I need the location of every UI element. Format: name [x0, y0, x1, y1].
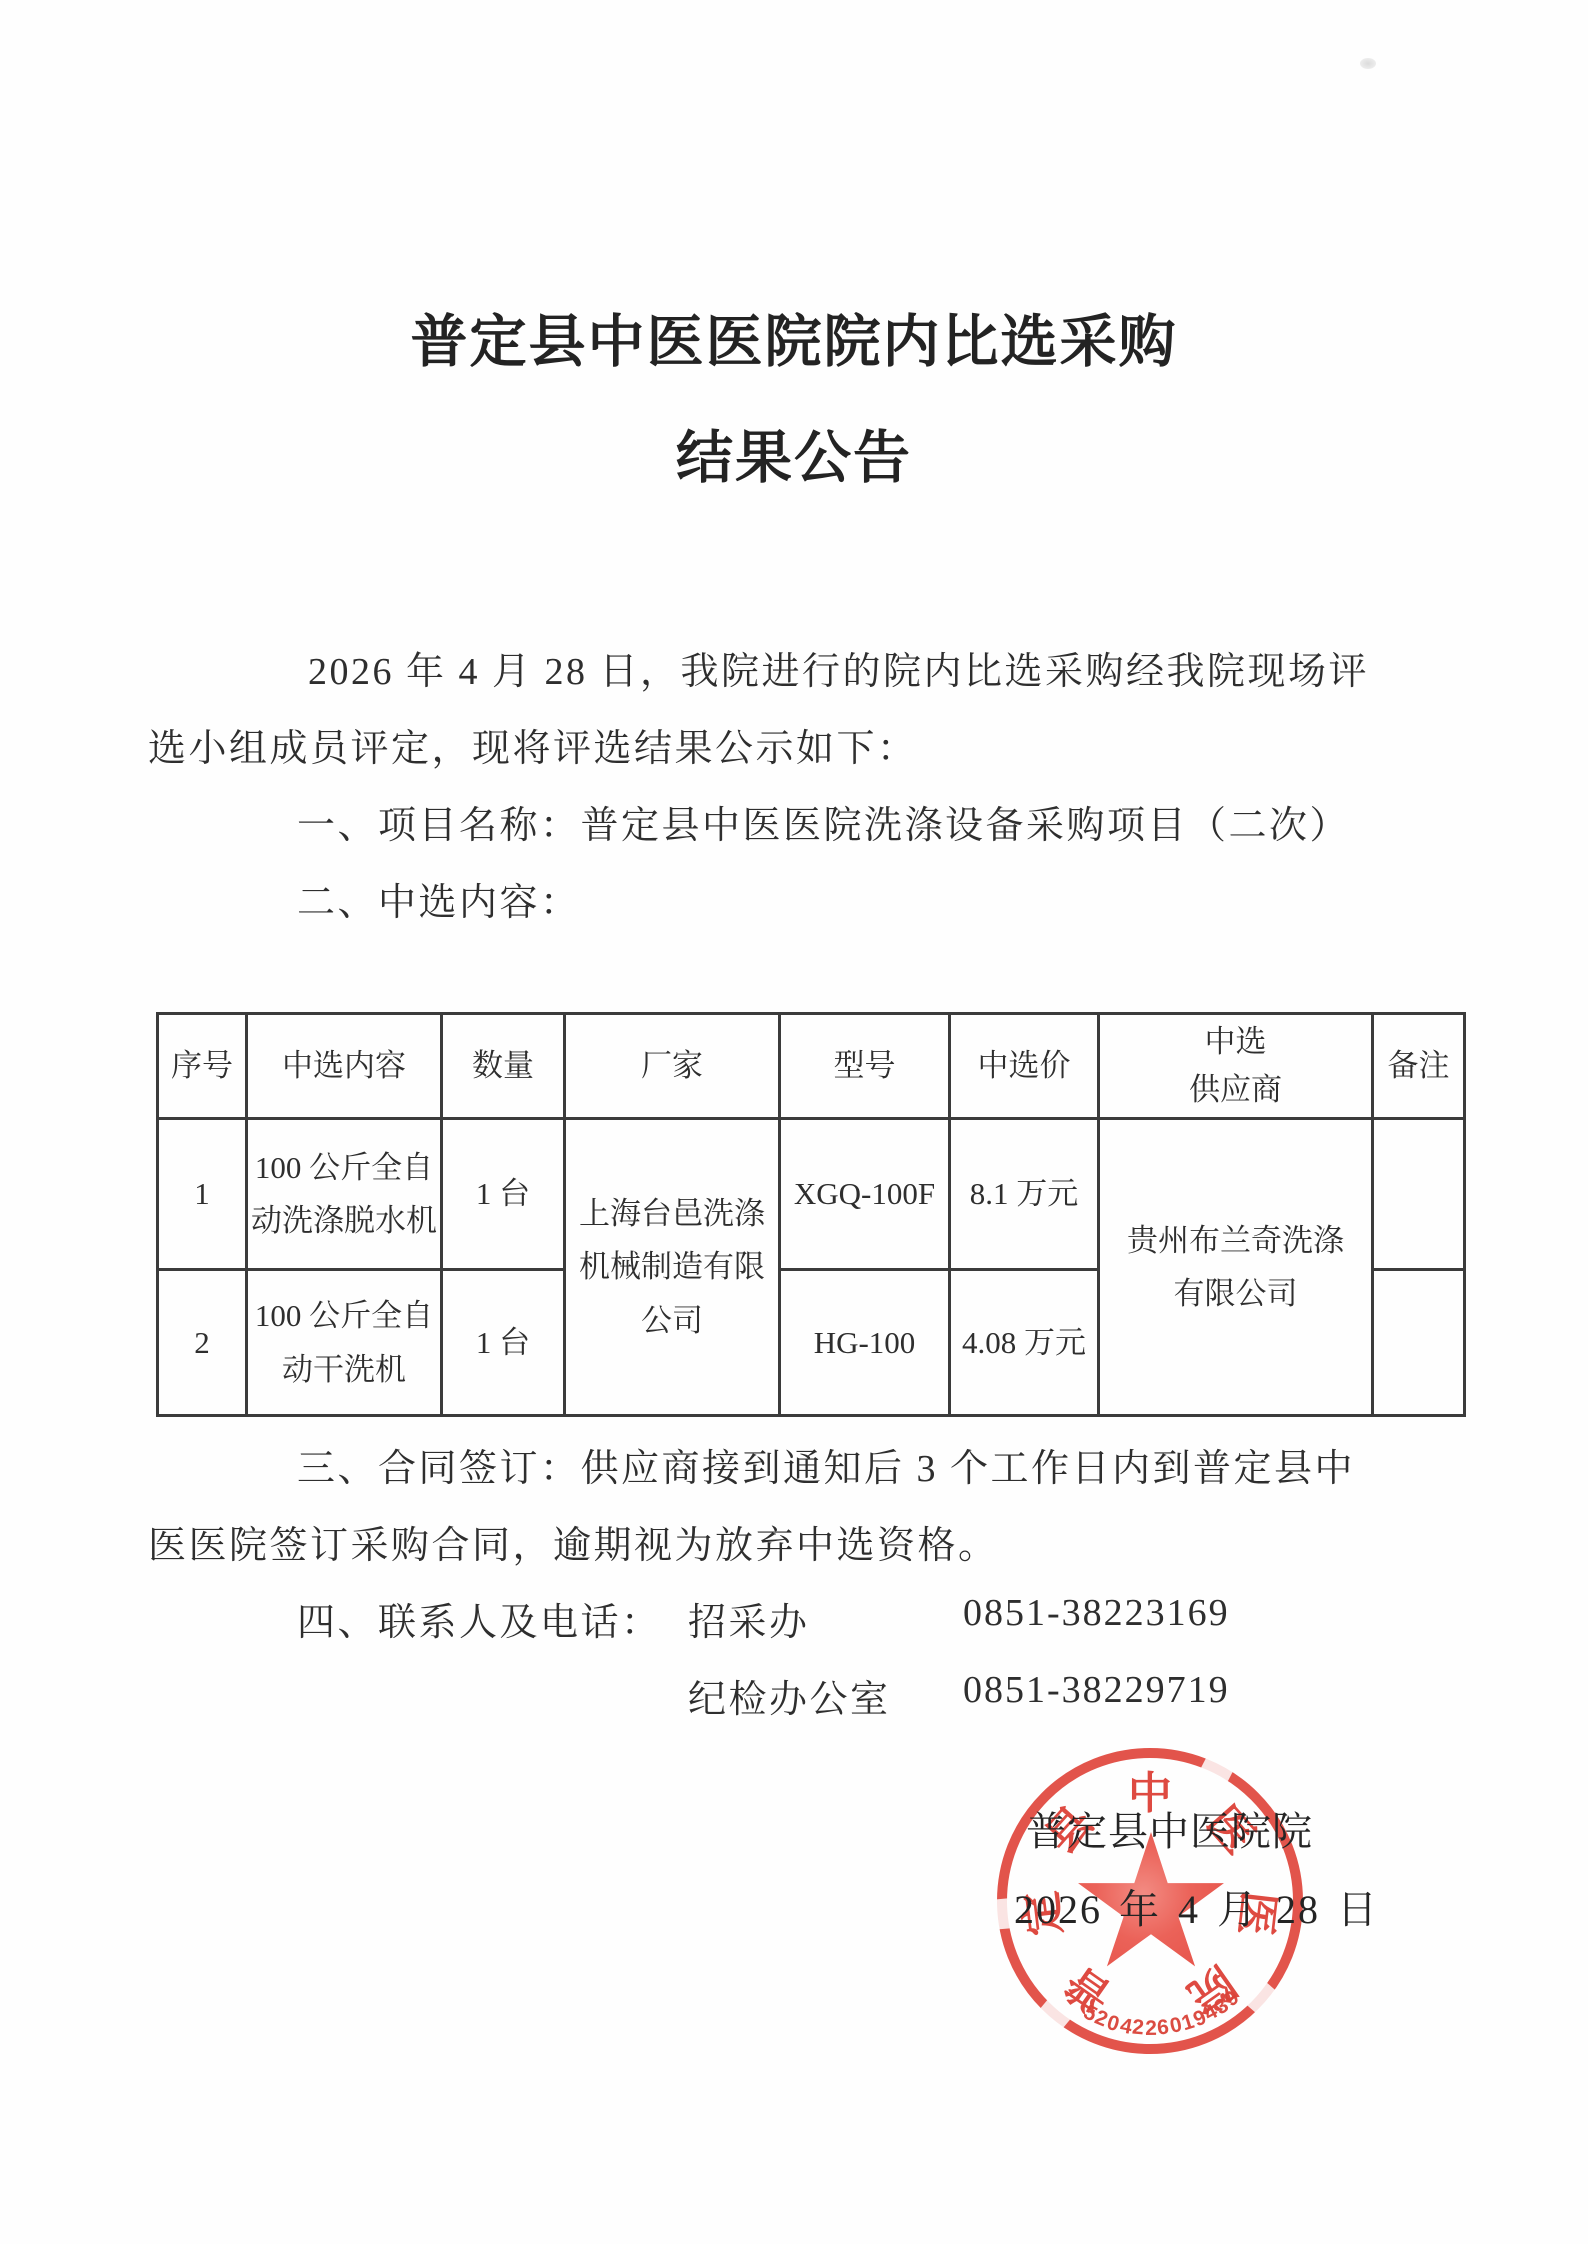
- document-title-line2: 结果公告: [0, 412, 1588, 494]
- intro-paragraph-line1: 2026 年 4 月 28 日，我院进行的院内比选采购经我院现场评: [308, 640, 1369, 695]
- header-no: 序号: [158, 1014, 247, 1119]
- contact1-name: 招采办: [688, 1591, 810, 1646]
- cell-maker-text: 上海台邑洗涤机械制造有限公司: [575, 1187, 770, 1347]
- header-remark: 备注: [1373, 1014, 1465, 1119]
- document-title-line1: 普定县中医医院院内比选采购: [0, 296, 1588, 378]
- cell-remark: [1373, 1119, 1465, 1270]
- header-supplier-line1: 中选: [1100, 1018, 1371, 1066]
- cell-price: 8.1 万元: [950, 1119, 1099, 1270]
- signoff-date: 2026 年 4 月 28 日: [1014, 1878, 1379, 1935]
- cell-qty: 1 台: [442, 1270, 565, 1416]
- item-contact-label: 四、联系人及电话：: [297, 1591, 662, 1646]
- cell-model: HG-100: [780, 1270, 950, 1416]
- signoff-organization: 普定县中医院院: [1026, 1800, 1313, 1857]
- selection-result-table: 序号 中选内容 数量 厂家 型号 中选价 中选 供应商 备注 1 100 公斤全…: [156, 1012, 1466, 1417]
- cell-content: 100 公斤全自动洗涤脱水机: [247, 1119, 442, 1270]
- header-qty: 数量: [442, 1014, 565, 1119]
- header-content: 中选内容: [247, 1014, 442, 1119]
- cell-content-text: 100 公斤全自动干洗机: [248, 1289, 440, 1396]
- cell-no: 2: [158, 1270, 247, 1416]
- item-contract-line2: 医医院签订采购合同，逾期视为放弃中选资格。: [148, 1514, 999, 1569]
- cell-supplier-merged: 贵州布兰奇洗涤有限公司: [1099, 1119, 1373, 1416]
- header-maker: 厂家: [565, 1014, 780, 1119]
- cell-supplier-text: 贵州布兰奇洗涤有限公司: [1123, 1214, 1348, 1321]
- cell-model: XGQ-100F: [780, 1119, 950, 1270]
- header-price: 中选价: [950, 1014, 1099, 1119]
- intro-paragraph-line2: 选小组成员评定，现将评选结果公示如下：: [148, 717, 918, 772]
- cell-no: 1: [158, 1119, 247, 1270]
- item-selected-content-label: 二、中选内容：: [297, 871, 581, 926]
- cell-price: 4.08 万元: [950, 1270, 1099, 1416]
- scan-artifact-dot: [1360, 58, 1376, 69]
- contact2-phone: 0851-38229719: [963, 1668, 1230, 1712]
- item-contract-line1: 三、合同签订：供应商接到通知后 3 个工作日内到普定县中: [297, 1437, 1355, 1492]
- cell-content: 100 公斤全自动干洗机: [247, 1270, 442, 1416]
- seal-wear-gap: [995, 1898, 1010, 1929]
- item-project-name: 一、项目名称：普定县中医医院洗涤设备采购项目（二次）: [297, 794, 1350, 849]
- table-header-row: 序号 中选内容 数量 厂家 型号 中选价 中选 供应商 备注: [158, 1014, 1465, 1119]
- cell-content-text: 100 公斤全自动洗涤脱水机: [248, 1141, 440, 1248]
- header-supplier: 中选 供应商: [1099, 1014, 1373, 1119]
- cell-maker-merged: 上海台邑洗涤机械制造有限公司: [565, 1119, 780, 1416]
- table-row: 1 100 公斤全自动洗涤脱水机 1 台 上海台邑洗涤机械制造有限公司 XGQ-…: [158, 1119, 1465, 1270]
- cell-qty: 1 台: [442, 1119, 565, 1270]
- document-page: 普定县中医医院院内比选采购 结果公告 2026 年 4 月 28 日，我院进行的…: [0, 0, 1588, 2244]
- header-model: 型号: [780, 1014, 950, 1119]
- contact2-name: 纪检办公室: [688, 1668, 891, 1723]
- header-supplier-line2: 供应商: [1100, 1066, 1371, 1114]
- cell-remark: [1373, 1270, 1465, 1416]
- contact1-phone: 0851-38223169: [963, 1591, 1230, 1635]
